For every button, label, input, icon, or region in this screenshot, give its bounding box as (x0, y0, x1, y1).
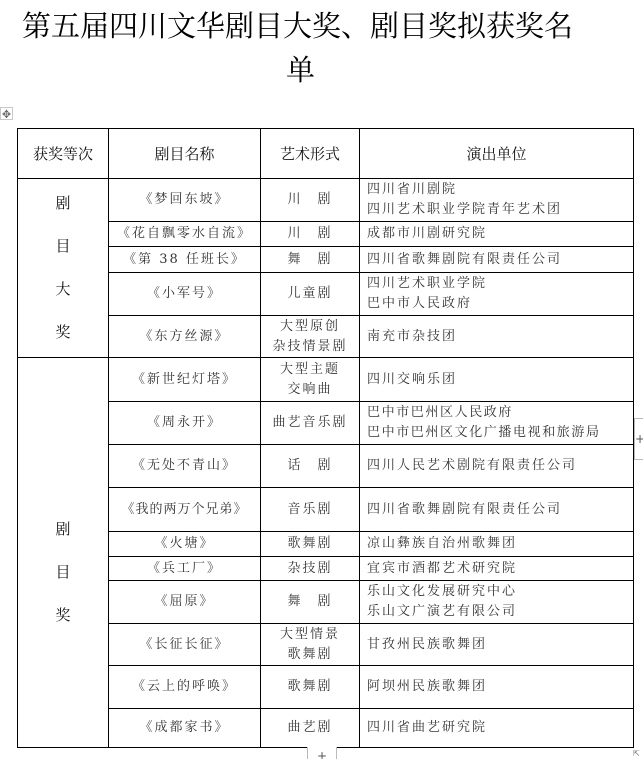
performing-unit: 四川省歌舞剧院有限责任公司 (360, 247, 634, 273)
performing-unit: 四川交响乐团 (360, 358, 634, 402)
art-form-line: 杂技情景剧 (261, 337, 359, 357)
unit-line: 成都市川剧研究院 (367, 224, 633, 244)
table-row: 《兵工厂》 杂技剧 宜宾市酒都艺术研究院 (18, 557, 634, 581)
unit-line: 宜宾市酒都艺术研究院 (367, 559, 633, 579)
unit-line: 四川省歌舞剧院有限责任公司 (367, 250, 633, 270)
art-form: 儿童剧 (261, 273, 360, 316)
art-form-line: 大型主题 (261, 360, 359, 380)
performing-unit: 巴中市巴州区人民政府 巴中市巴州区文化广播电视和旅游局 (360, 402, 634, 445)
unit-line: 巴中市巴州区文化广播电视和旅游局 (367, 423, 633, 443)
unit-line: 四川艺术职业学院 (367, 274, 633, 294)
unit-line: 四川交响乐团 (367, 370, 633, 390)
header-program-name: 剧目名称 (109, 129, 261, 179)
performing-unit: 四川艺术职业学院 巴中市人民政府 (360, 273, 634, 316)
art-form: 川 剧 (261, 179, 360, 222)
art-form: 大型主题 交响曲 (261, 358, 360, 402)
unit-line: 阿坝州民族歌舞团 (367, 677, 633, 697)
program-name: 《成都家书》 (109, 709, 261, 748)
art-form: 舞 剧 (261, 247, 360, 273)
art-form-line: 大型原创 (261, 317, 359, 337)
add-column-button[interactable]: + (634, 418, 643, 460)
art-form-line: 歌舞剧 (261, 645, 359, 665)
program-name: 《周永开》 (109, 402, 261, 445)
category-program-award: 剧 目 奖 (18, 358, 109, 748)
program-name: 《无处不青山》 (109, 445, 261, 488)
table-row: 《云上的呼唤》 歌舞剧 阿坝州民族歌舞团 (18, 666, 634, 709)
program-name: 《小军号》 (109, 273, 261, 316)
program-name: 《火塘》 (109, 532, 261, 557)
table-row: 《我的两万个兄弟》 音乐剧 四川省歌舞剧院有限责任公司 (18, 488, 634, 532)
art-form: 歌舞剧 (261, 532, 360, 557)
title-line-2: 单 (286, 50, 315, 90)
program-name: 《梦回东坡》 (109, 179, 261, 222)
category-grand-award: 剧 目 大 奖 (18, 179, 109, 358)
table-row: 《火塘》 歌舞剧 凉山彝族自治州歌舞团 (18, 532, 634, 557)
art-form: 川 剧 (261, 222, 360, 247)
table-row: 剧 目 大 奖 《梦回东坡》 川 剧 四川省川剧院 四川艺术职业学院青年艺术团 (18, 179, 634, 222)
category-char: 剧 (18, 508, 108, 551)
unit-line: 四川省歌舞剧院有限责任公司 (367, 500, 633, 520)
table-resize-icon[interactable]: ⇱ (633, 749, 643, 759)
header-performing-unit: 演出单位 (360, 129, 634, 179)
art-form: 话 剧 (261, 445, 360, 488)
category-char: 奖 (18, 311, 108, 354)
art-form: 曲艺剧 (261, 709, 360, 748)
table-row: 《第 38 任班长》 舞 剧 四川省歌舞剧院有限责任公司 (18, 247, 634, 273)
category-char: 目 (18, 225, 108, 268)
table-row: 《长征长征》 大型情景 歌舞剧 甘孜州民族歌舞团 (18, 624, 634, 666)
performing-unit: 成都市川剧研究院 (360, 222, 634, 247)
performing-unit: 凉山彝族自治州歌舞团 (360, 532, 634, 557)
art-form: 大型原创 杂技情景剧 (261, 316, 360, 358)
performing-unit: 甘孜州民族歌舞团 (360, 624, 634, 666)
program-name: 《屈原》 (109, 581, 261, 624)
program-name: 《长征长征》 (109, 624, 261, 666)
performing-unit: 四川人民艺术剧院有限责任公司 (360, 445, 634, 488)
category-char: 目 (18, 551, 108, 594)
art-form: 曲艺音乐剧 (261, 402, 360, 445)
art-form: 歌舞剧 (261, 666, 360, 709)
program-name: 《东方丝源》 (109, 316, 261, 358)
table-row: 《无处不青山》 话 剧 四川人民艺术剧院有限责任公司 (18, 445, 634, 488)
add-row-button[interactable]: + (307, 747, 337, 759)
table-row: 剧 目 奖 《新世纪灯塔》 大型主题 交响曲 四川交响乐团 (18, 358, 634, 402)
category-char: 奖 (18, 594, 108, 637)
table-row: 《小军号》 儿童剧 四川艺术职业学院 巴中市人民政府 (18, 273, 634, 316)
performing-unit: 阿坝州民族歌舞团 (360, 666, 634, 709)
header-art-form: 艺术形式 (261, 129, 360, 179)
art-form-line: 大型情景 (261, 625, 359, 645)
table-row: 《周永开》 曲艺音乐剧 巴中市巴州区人民政府 巴中市巴州区文化广播电视和旅游局 (18, 402, 634, 445)
table-move-icon[interactable]: ✥ (0, 107, 13, 120)
awards-table: 获奖等次 剧目名称 艺术形式 演出单位 剧 目 大 奖 《梦回东坡》 川 剧 四… (17, 128, 634, 748)
unit-line: 四川省曲艺研究院 (367, 718, 633, 738)
unit-line: 甘孜州民族歌舞团 (367, 635, 633, 655)
art-form: 大型情景 歌舞剧 (261, 624, 360, 666)
program-name: 《新世纪灯塔》 (109, 358, 261, 402)
category-char: 大 (18, 268, 108, 311)
title-line-1: 第五届四川文华剧目大奖、剧目奖拟获奖名 (22, 6, 573, 46)
art-form: 音乐剧 (261, 488, 360, 532)
table-row: 《成都家书》 曲艺剧 四川省曲艺研究院 (18, 709, 634, 748)
art-form-line: 交响曲 (261, 380, 359, 400)
performing-unit: 南充市杂技团 (360, 316, 634, 358)
program-name: 《兵工厂》 (109, 557, 261, 581)
category-char: 剧 (18, 182, 108, 225)
art-form: 杂技剧 (261, 557, 360, 581)
program-name: 《花自飘零水自流》 (109, 222, 261, 247)
performing-unit: 乐山文化发展研究中心 乐山文广演艺有限公司 (360, 581, 634, 624)
unit-line: 巴中市人民政府 (367, 294, 633, 314)
performing-unit: 四川省川剧院 四川艺术职业学院青年艺术团 (360, 179, 634, 222)
table-row: 《东方丝源》 大型原创 杂技情景剧 南充市杂技团 (18, 316, 634, 358)
unit-line: 乐山文化发展研究中心 (367, 582, 633, 602)
table-row: 《屈原》 舞 剧 乐山文化发展研究中心 乐山文广演艺有限公司 (18, 581, 634, 624)
unit-line: 四川艺术职业学院青年艺术团 (367, 200, 633, 220)
unit-line: 南充市杂技团 (367, 327, 633, 347)
unit-line: 四川人民艺术剧院有限责任公司 (367, 456, 633, 476)
table-header-row: 获奖等次 剧目名称 艺术形式 演出单位 (18, 129, 634, 179)
unit-line: 乐山文广演艺有限公司 (367, 602, 633, 622)
performing-unit: 四川省曲艺研究院 (360, 709, 634, 748)
program-name: 《云上的呼唤》 (109, 666, 261, 709)
performing-unit: 四川省歌舞剧院有限责任公司 (360, 488, 634, 532)
header-award-level: 获奖等次 (18, 129, 109, 179)
unit-line: 凉山彝族自治州歌舞团 (367, 534, 633, 554)
table-row: 《花自飘零水自流》 川 剧 成都市川剧研究院 (18, 222, 634, 247)
performing-unit: 宜宾市酒都艺术研究院 (360, 557, 634, 581)
program-name: 《第 38 任班长》 (109, 247, 261, 273)
program-name: 《我的两万个兄弟》 (109, 488, 261, 532)
art-form: 舞 剧 (261, 581, 360, 624)
unit-line: 巴中市巴州区人民政府 (367, 403, 633, 423)
unit-line: 四川省川剧院 (367, 180, 633, 200)
